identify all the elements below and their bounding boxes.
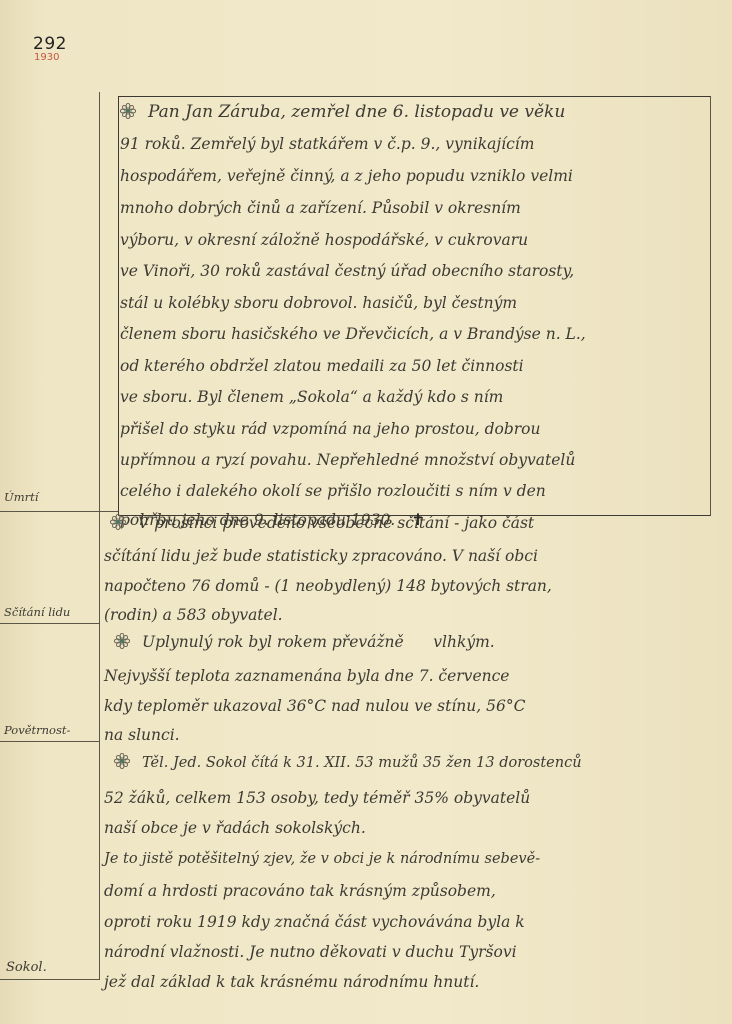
entry-line: přišel do styku rád vzpomíná na jeho pro… xyxy=(120,420,541,438)
entry-line: ve sboru. Byl členem „Sokola“ a každý kd… xyxy=(120,388,503,406)
margin-rule xyxy=(99,92,100,980)
entry-line: ve Vinoři, 30 roků zastával čestný úřad … xyxy=(120,262,574,280)
entry-line: Pan Jan Záruba, zemřel dne 6. listopadu … xyxy=(120,102,565,122)
entry-line: Uplynulý rok byl rokem převážně vlhkým. xyxy=(114,633,495,651)
entry-line: jež dal základ k tak krásnému národnímu … xyxy=(104,973,479,991)
entry-line: celého i dalekého okolí se přišlo rozlou… xyxy=(120,482,546,500)
margin-label-sokol: Sokol. xyxy=(6,960,47,975)
flower-icon xyxy=(114,633,130,649)
entry-line: výboru, v okresní záložně hospodářské, v… xyxy=(120,231,528,249)
entry-line: naší obce je v řadách sokolských. xyxy=(104,819,366,837)
entry-line: sčítání lidu jež bude statisticky zpraco… xyxy=(104,547,538,565)
death-line-1: Pan Jan Záruba, zemřel dne 6. listopadu … xyxy=(148,102,565,122)
section-divider-death xyxy=(0,511,118,512)
flower-icon xyxy=(120,103,136,119)
entry-line: stál u kolébky sboru dobrovol. hasičů, b… xyxy=(120,294,517,312)
entry-line: členem sboru hasičského ve Dřevčicích, a… xyxy=(120,325,586,343)
entry-line: na slunci. xyxy=(104,726,180,744)
entry-line: V prosinci provedeno všeobecné sčítání -… xyxy=(110,514,534,532)
flower-icon xyxy=(110,514,126,530)
section-divider-sokol xyxy=(0,979,100,980)
margin-label-weather: Povětrnost- xyxy=(4,723,70,737)
page-year: 1930 xyxy=(34,52,59,63)
flower-icon xyxy=(114,753,130,769)
margin-label-death: Úmrtí xyxy=(4,490,38,504)
entry-line: hospodářem, veřejně činný, a z jeho popu… xyxy=(120,167,573,185)
page-number: 292 xyxy=(33,34,67,54)
section-divider-census xyxy=(0,623,100,624)
section-divider-weather xyxy=(0,741,100,742)
entry-line: Nejvyšší teplota zaznamenána byla dne 7.… xyxy=(104,667,509,685)
entry-line: upřímnou a ryzí povahu. Nepřehledné množ… xyxy=(120,451,575,469)
entry-line: od kterého obdržel zlatou medaili za 50 … xyxy=(120,357,524,375)
entry-line: 52 žáků, celkem 153 osoby, tedy téměř 35… xyxy=(104,789,530,807)
entry-line: (rodin) a 583 obyvatel. xyxy=(104,606,283,624)
entry-line: Těl. Jed. Sokol čítá k 31. XII. 53 mužů … xyxy=(114,753,582,771)
entry-line: kdy teploměr ukazoval 36°C nad nulou ve … xyxy=(104,697,525,715)
census-line-1: V prosinci provedeno všeobecné sčítání -… xyxy=(138,514,534,532)
sokol-line-1: Těl. Jed. Sokol čítá k 31. XII. 53 mužů … xyxy=(142,755,582,771)
entry-line: oproti roku 1919 kdy značná část vychová… xyxy=(104,913,525,931)
margin-label-census: Sčítání lidu xyxy=(4,605,70,619)
entry-line: národní vlažnosti. Je nutno děkovati v d… xyxy=(104,943,517,961)
weather-line-1: Uplynulý rok byl rokem převážně vlhkým. xyxy=(142,633,495,651)
entry-line: domí a hrdosti pracováno tak krásným způ… xyxy=(104,882,496,900)
entry-line: napočteno 76 domů - (1 neobydlený) 148 b… xyxy=(104,577,552,595)
entry-line: Je to jistě potěšitelný zjev, že v obci … xyxy=(104,851,540,867)
entry-line: 91 roků. Zemřelý byl statkářem v č.p. 9.… xyxy=(120,135,534,153)
entry-line: mnoho dobrých činů a zařízení. Působil v… xyxy=(120,199,521,217)
